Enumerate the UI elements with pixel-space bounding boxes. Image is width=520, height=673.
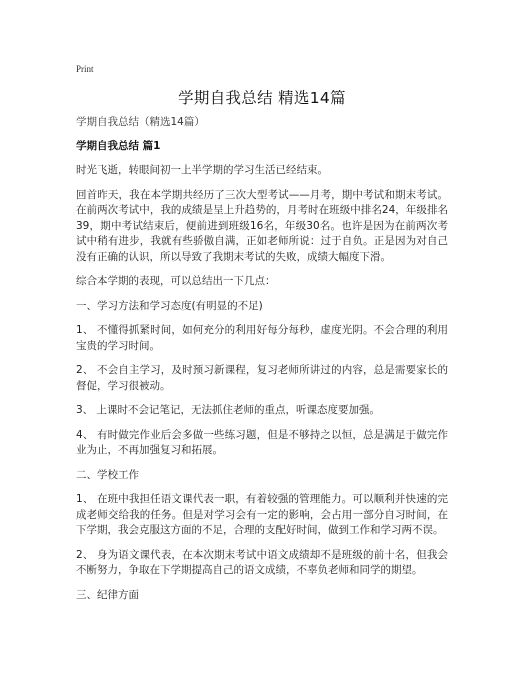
- paragraph-work-2: 2、 身为语文课代表，在本次期末考试中语文成绩却不是班级的前十名，但我会不断努力…: [76, 548, 448, 579]
- document-subtitle: 学期自我总结（精选14篇）: [76, 115, 448, 130]
- paragraph-intro: 时光飞逝，转眼间初一上半学期的学习生活已经结束。: [76, 163, 448, 179]
- paragraph-point-1: 1、 不懂得抓紧时间，如何充分的利用好每分每秒，虚度光阴。不会合理的利用宝贵的学…: [76, 323, 448, 354]
- paragraph-point-3: 3、 上课时不会记笔记，无法抓住老师的重点，听课态度要加强。: [76, 403, 448, 419]
- print-link[interactable]: Print: [76, 62, 448, 76]
- heading-discipline: 三、纪律方面: [76, 588, 448, 604]
- paragraph-point-4: 4、 有时做完作业后会多做一些练习题，但是不够持之以恒，总是满足于做完作业为止，…: [76, 428, 448, 459]
- document-title: 学期自我总结 精选14篇: [76, 88, 448, 108]
- document-page: Print 学期自我总结 精选14篇 学期自我总结（精选14篇） 学期自我总结 …: [76, 62, 448, 612]
- paragraph-summary-lead: 综合本学期的表现，可以总结出一下几点：: [76, 274, 448, 290]
- paragraph-point-2: 2、 不会自主学习，及时预习新课程，复习老师所讲过的内容，总是需要家长的督促，学…: [76, 363, 448, 394]
- paragraph-work-1: 1、 在班中我担任语文课代表一职，有着较强的管理能力。可以顺利并快速的完成老师交…: [76, 492, 448, 539]
- paragraph-review: 回首昨天，我在本学期共经历了三次大型考试——月考，期中考试和期末考试。在前两次考…: [76, 188, 448, 266]
- section-heading: 学期自我总结 篇1: [76, 139, 448, 154]
- heading-study-methods: 一、学习方法和学习态度(有明显的不足): [76, 299, 448, 315]
- heading-school-work: 二、学校工作: [76, 468, 448, 484]
